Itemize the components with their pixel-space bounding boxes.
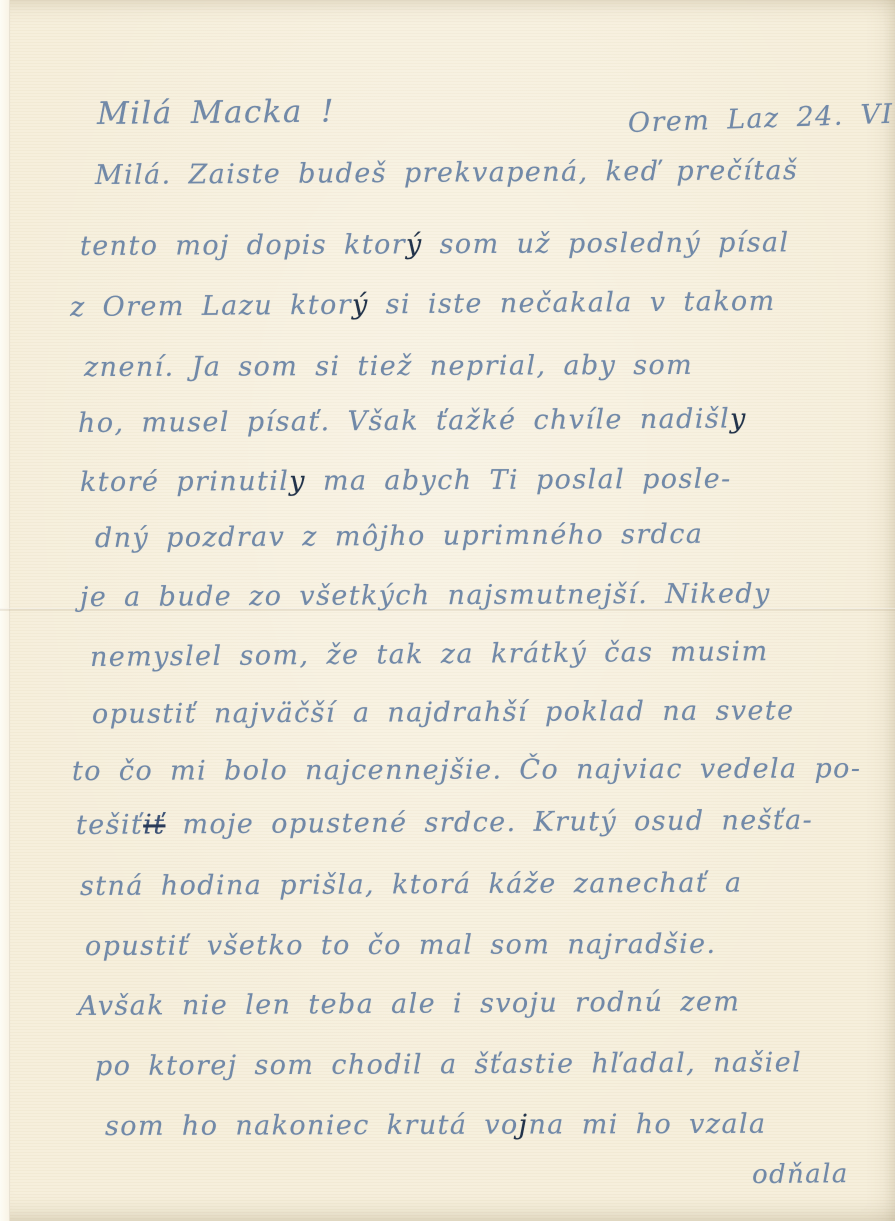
letter-line: znení. Ja som si tiež neprial, aby som (84, 350, 693, 383)
letter-closing-word: odňala (752, 1159, 849, 1190)
letter-line: Avšak nie len teba ale i svoju rodnú zem (78, 986, 741, 1022)
letter-line: to čo mi bolo najcennejšie. Čo najviac v… (72, 753, 861, 787)
letter-line: Milá. Zaiste budeš prekvapená, keď prečí… (95, 155, 798, 191)
letter-line: je a bude zo všetkých najsmutnejší. Nike… (80, 578, 771, 613)
letter-line: opustiť najväčší a najdrahší poklad na s… (92, 695, 795, 730)
letter-line: dný pozdrav z môjho uprimného srdca (95, 519, 704, 554)
letter-line: nemyslel som, že tak za krátký čas musim (90, 636, 769, 673)
letter-line: z Orem Lazu ktorý si iste nečakala v tak… (70, 286, 776, 323)
letter-line: po ktorej som chodil a šťastie hľadal, n… (95, 1047, 802, 1082)
letter-line: tešiťiť moje opustené srdce. Krutý osud … (76, 805, 813, 841)
letter-line: ho, musel písať. Však ťažké chvíle nadiš… (78, 403, 747, 439)
retraced-ink-stroke: y (289, 466, 306, 497)
retraced-ink-stroke: y (730, 403, 747, 434)
retraced-ink-stroke: ý (352, 289, 369, 320)
letter-dateline: Orem Laz 24. VI. 943 (627, 96, 895, 139)
letter-greeting: Milá Macka ! (97, 94, 335, 132)
retraced-ink-stroke: ý (406, 229, 423, 260)
crossed-out-text: iť (143, 809, 166, 840)
letter-page: Milá Macka ! Orem Laz 24. VI. 943 Milá. … (0, 0, 895, 1221)
letter-line: ktoré prinutily ma abych Ti poslal posle… (80, 464, 732, 498)
letter-line: som ho nakoniec krutá vojna mi ho vzala (105, 1109, 767, 1142)
letter-line: tento moj dopis ktorý som už posledný pí… (80, 227, 790, 262)
letter-line: opustiť všetko to čo mal som najradšie. (85, 929, 717, 962)
letter-line: stná hodina prišla, ktorá káže zanechať … (80, 868, 743, 902)
